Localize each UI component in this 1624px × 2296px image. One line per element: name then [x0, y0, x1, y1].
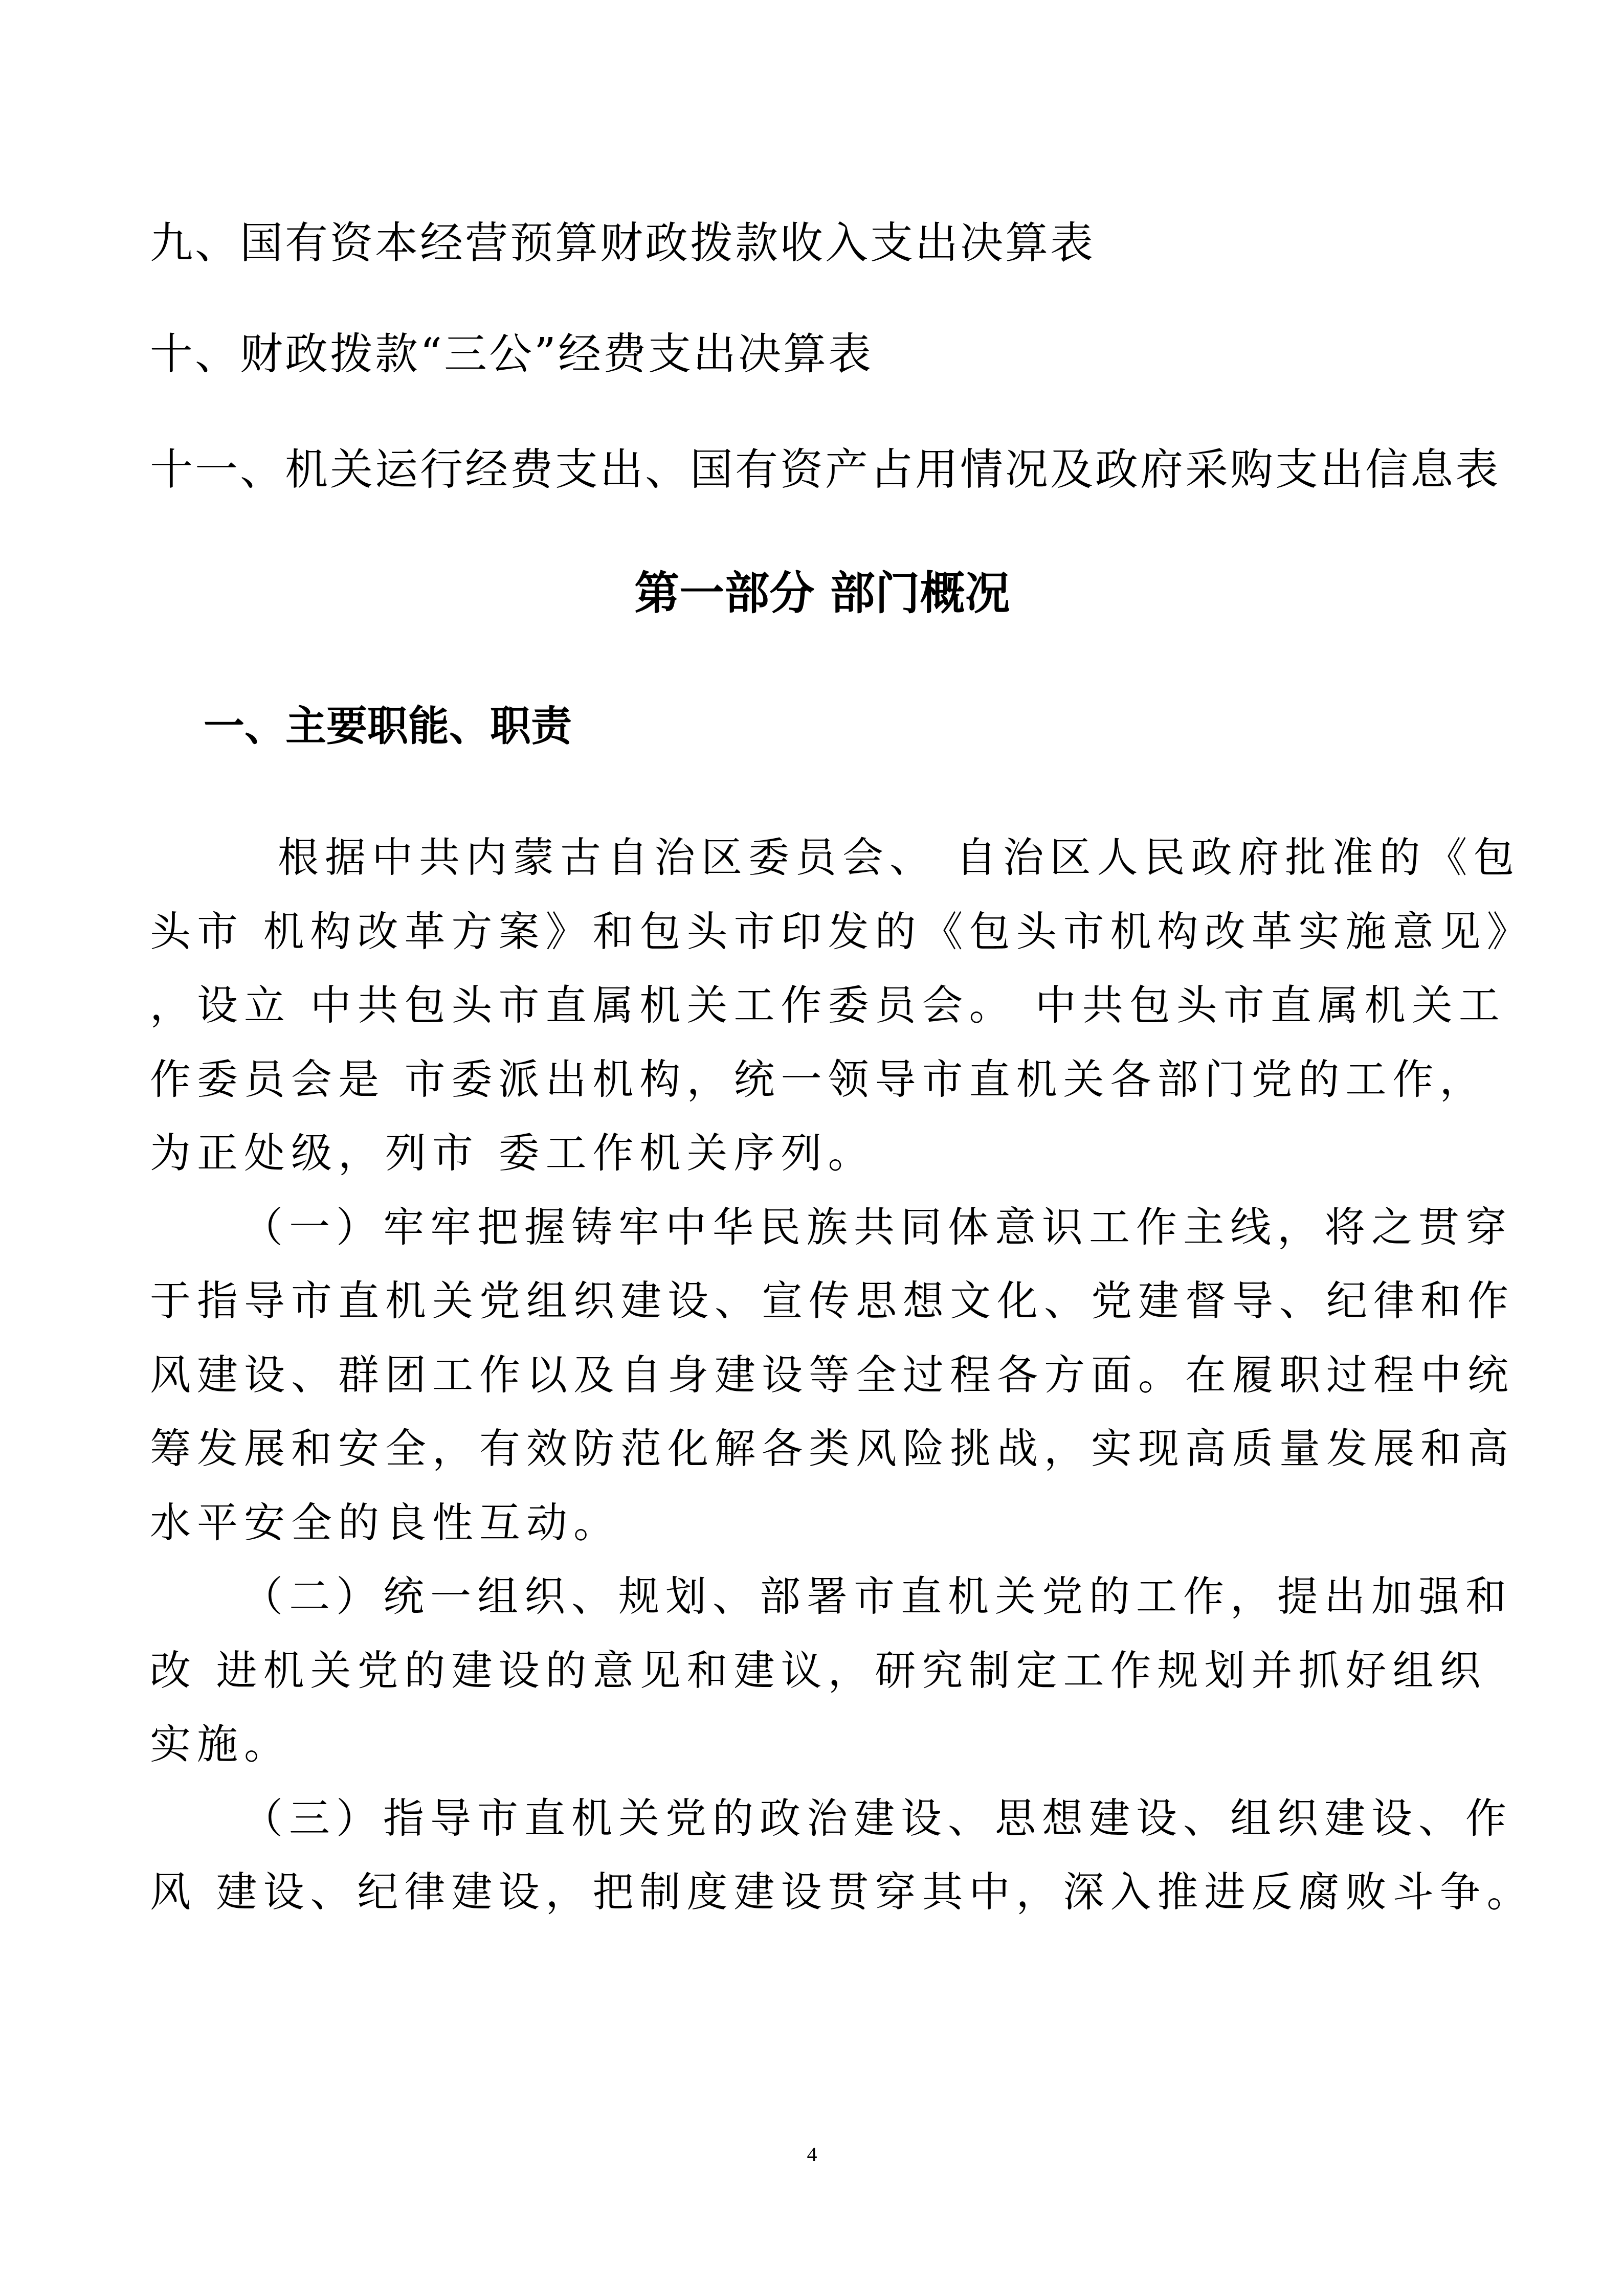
text-line: 水平安全的良性互动。: [150, 1486, 1475, 1560]
text-line: 筹发展和安全，有效防范化解各类风险挑战，实现高质量发展和高: [150, 1412, 1475, 1486]
text-line: （二）统一组织、规划、部署市直机关党的工作，提出加强和: [150, 1560, 1475, 1634]
text-line: 改 进机关党的建设的意见和建议，研究制定工作规划并抓好组织: [150, 1634, 1475, 1708]
text-line: （一）牢牢把握铸牢中华民族共同体意识工作主线，将之贯穿: [150, 1190, 1475, 1265]
document-page: 九、国有资本经营预算财政拨款收入支出决算表 十、财政拨款“三公”经费支出决算表 …: [0, 0, 1624, 2296]
text-line: 实施。: [150, 1707, 1475, 1782]
section-heading: 一、主要职能、职责: [204, 701, 572, 752]
text-line: 风建设、群团工作以及自身建设等全过程各方面。在履职过程中统: [150, 1338, 1475, 1412]
intro-paragraph: 根据中共内蒙古自治区委员会、 自治区人民政府批准的《包 头市 机构改革方案》和包…: [150, 821, 1475, 1190]
body-text: 根据中共内蒙古自治区委员会、 自治区人民政府批准的《包 头市 机构改革方案》和包…: [150, 821, 1475, 1929]
text-line: ，设立 中共包头市直属机关工作委员会。 中共包头市直属机关工: [150, 969, 1475, 1043]
toc-item-9: 九、国有资本经营预算财政拨款收入支出决算表: [150, 217, 1095, 268]
text-line: 为正处级，列市 委工作机关序列。: [150, 1116, 1475, 1190]
part-title: 第一部分 部门概况: [0, 565, 1624, 621]
text-line: （三）指导市直机关党的政治建设、思想建设、组织建设、作: [150, 1782, 1475, 1856]
item-2-paragraph: （二）统一组织、规划、部署市直机关党的工作，提出加强和 改 进机关党的建设的意见…: [150, 1560, 1475, 1782]
page-number: 4: [0, 2142, 1624, 2167]
text-line: 风 建设、纪律建设，把制度建设贯穿其中，深入推进反腐败斗争。: [150, 1855, 1475, 1929]
item-3-paragraph: （三）指导市直机关党的政治建设、思想建设、组织建设、作 风 建设、纪律建设，把制…: [150, 1782, 1475, 1929]
text-line: 根据中共内蒙古自治区委员会、 自治区人民政府批准的《包: [150, 821, 1475, 895]
toc-item-10: 十、财政拨款“三公”经费支出决算表: [150, 328, 873, 379]
item-1-paragraph: （一）牢牢把握铸牢中华民族共同体意识工作主线，将之贯穿 于指导市直机关党组织建设…: [150, 1190, 1475, 1560]
toc-item-11: 十一、机关运行经费支出、国有资产占用情况及政府采购支出信息表: [150, 444, 1500, 495]
text-line: 作委员会是 市委派出机构，统一领导市直机关各部门党的工作，: [150, 1043, 1475, 1117]
text-line: 于指导市直机关党组织建设、宣传思想文化、党建督导、纪律和作: [150, 1264, 1475, 1338]
text-line: 头市 机构改革方案》和包头市印发的《包头市机构改革实施意见》: [150, 895, 1475, 969]
